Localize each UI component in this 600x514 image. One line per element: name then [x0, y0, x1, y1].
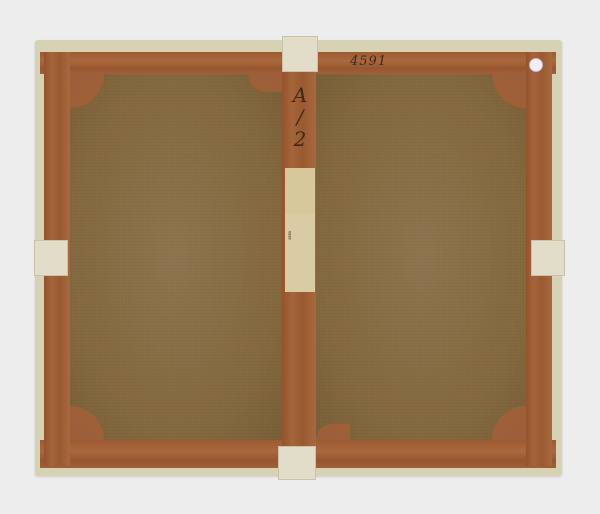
canvas-back-left [68, 72, 282, 440]
tape-patch-right [531, 240, 565, 276]
round-sticker [529, 58, 543, 72]
center-bar-inscription: A / 2 [288, 84, 312, 150]
collection-label: 1933 [285, 214, 315, 292]
tape-patch-bottom [278, 446, 316, 480]
top-rail-inscription: 4591 [350, 54, 387, 69]
tape-patch-left [34, 240, 68, 276]
label-number: 1933 [287, 231, 292, 240]
label-upper [285, 168, 315, 214]
canvas-back-right [316, 72, 528, 440]
tape-patch-top [282, 36, 318, 72]
